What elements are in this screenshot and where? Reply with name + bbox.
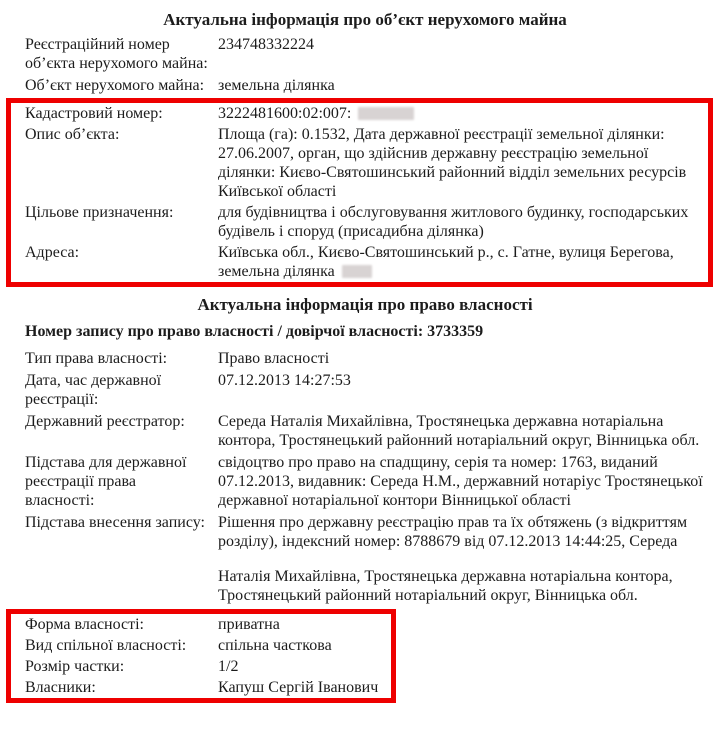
section-title-ownership: Актуальна інформація про право власності — [25, 295, 705, 314]
field-label: Тип права власності: — [25, 349, 218, 368]
field-row-ownership-type: Тип права власності: Право власності — [0, 349, 718, 368]
field-label: Кадастровий номер: — [25, 104, 218, 123]
registry-extract-document: Актуальна інформація про об’єкт нерухомо… — [0, 0, 718, 703]
field-row-registration-grounds: Підстава для державної реєстрації права … — [0, 453, 718, 510]
highlight-box-ownership-details: Форма власності: приватна Вид спільної в… — [6, 609, 396, 703]
field-value: 3222481600:02:007: — [218, 104, 700, 123]
field-label: Цільове призначення: — [25, 203, 218, 222]
field-label: Розмір частки: — [25, 657, 218, 676]
redaction-patch — [358, 107, 414, 120]
field-value: 234748332224 — [218, 35, 705, 54]
field-label: Реєстраційний номер об’єкта нерухомого м… — [25, 35, 218, 73]
field-label: Опис об’єкта: — [25, 125, 218, 144]
field-value: Право власності — [218, 349, 705, 368]
field-value: приватна — [218, 615, 383, 634]
field-label: Об’єкт нерухомого майна: — [25, 76, 218, 95]
field-value: свідоцтво про право на спадщину, серія т… — [218, 453, 705, 510]
field-label: Підстава для державної реєстрації права … — [25, 453, 218, 510]
field-row-designated-purpose: Цільове призначення: для будівництва і о… — [11, 203, 708, 241]
field-value: Наталія Михайлівна, Тростянецька державн… — [218, 567, 705, 605]
field-row-share-size: Розмір частки: 1/2 — [11, 657, 391, 676]
field-label: Дата, час державної реєстрації: — [25, 371, 218, 409]
field-row-record-entry-grounds: Підстава внесення запису: Рішення про де… — [0, 513, 718, 551]
field-value: 1/2 — [218, 657, 383, 676]
field-value: Київська обл., Києво-Святошинський р., с… — [218, 243, 700, 281]
field-row-ownership-form: Форма власності: приватна — [11, 615, 391, 634]
field-row-registration-number: Реєстраційний номер об’єкта нерухомого м… — [0, 35, 718, 73]
field-label: Форма власності: — [25, 615, 218, 634]
field-value: спільна часткова — [218, 636, 383, 655]
field-row-owners: Власники: Капуш Сергій Іванович — [11, 678, 391, 697]
field-row-record-entry-grounds-continuation: Наталія Михайлівна, Тростянецька державн… — [0, 567, 718, 605]
field-row-registration-datetime: Дата, час державної реєстрації: 07.12.20… — [0, 371, 718, 409]
field-row-object-type: Об’єкт нерухомого майна: земельна ділянк… — [0, 76, 718, 95]
field-value: Капуш Сергій Іванович — [218, 678, 383, 697]
field-value: 07.12.2013 14:27:53 — [218, 371, 705, 390]
address-value: Київська обл., Києво-Святошинський р., с… — [218, 244, 674, 280]
highlight-box-object-details: Кадастровий номер: 3222481600:02:007: Оп… — [6, 98, 713, 287]
field-value: Середа Наталія Михайлівна, Тростянецька … — [218, 412, 705, 450]
field-value: для будівництва і обслуговування житлово… — [218, 203, 700, 241]
field-label: Підстава внесення запису: — [25, 513, 218, 532]
field-label: Власники: — [25, 678, 218, 697]
field-label: Державний реєстратор: — [25, 412, 218, 431]
field-row-object-description: Опис об’єкта: Площа (га): 0.1532, Дата д… — [11, 125, 708, 201]
field-row-joint-ownership-kind: Вид спільної власності: спільна часткова — [11, 636, 391, 655]
section-title-object: Актуальна інформація про об’єкт нерухомо… — [25, 10, 705, 29]
redaction-patch — [342, 265, 372, 278]
field-row-cadastral-number: Кадастровий номер: 3222481600:02:007: — [11, 104, 708, 123]
field-row-address: Адреса: Київська обл., Києво-Святошинськ… — [11, 243, 708, 281]
field-value: Рішення про державну реєстрацію прав та … — [218, 513, 705, 551]
record-number-line: Номер запису про право власності / довір… — [0, 322, 718, 341]
field-label: Вид спільної власності: — [25, 636, 218, 655]
field-label: Адреса: — [25, 243, 218, 262]
field-value: земельна ділянка — [218, 76, 705, 95]
field-row-state-registrar: Державний реєстратор: Середа Наталія Мих… — [0, 412, 718, 450]
field-value: Площа (га): 0.1532, Дата державної реєст… — [218, 125, 700, 201]
cadastral-number-value: 3222481600:02:007: — [218, 105, 351, 122]
